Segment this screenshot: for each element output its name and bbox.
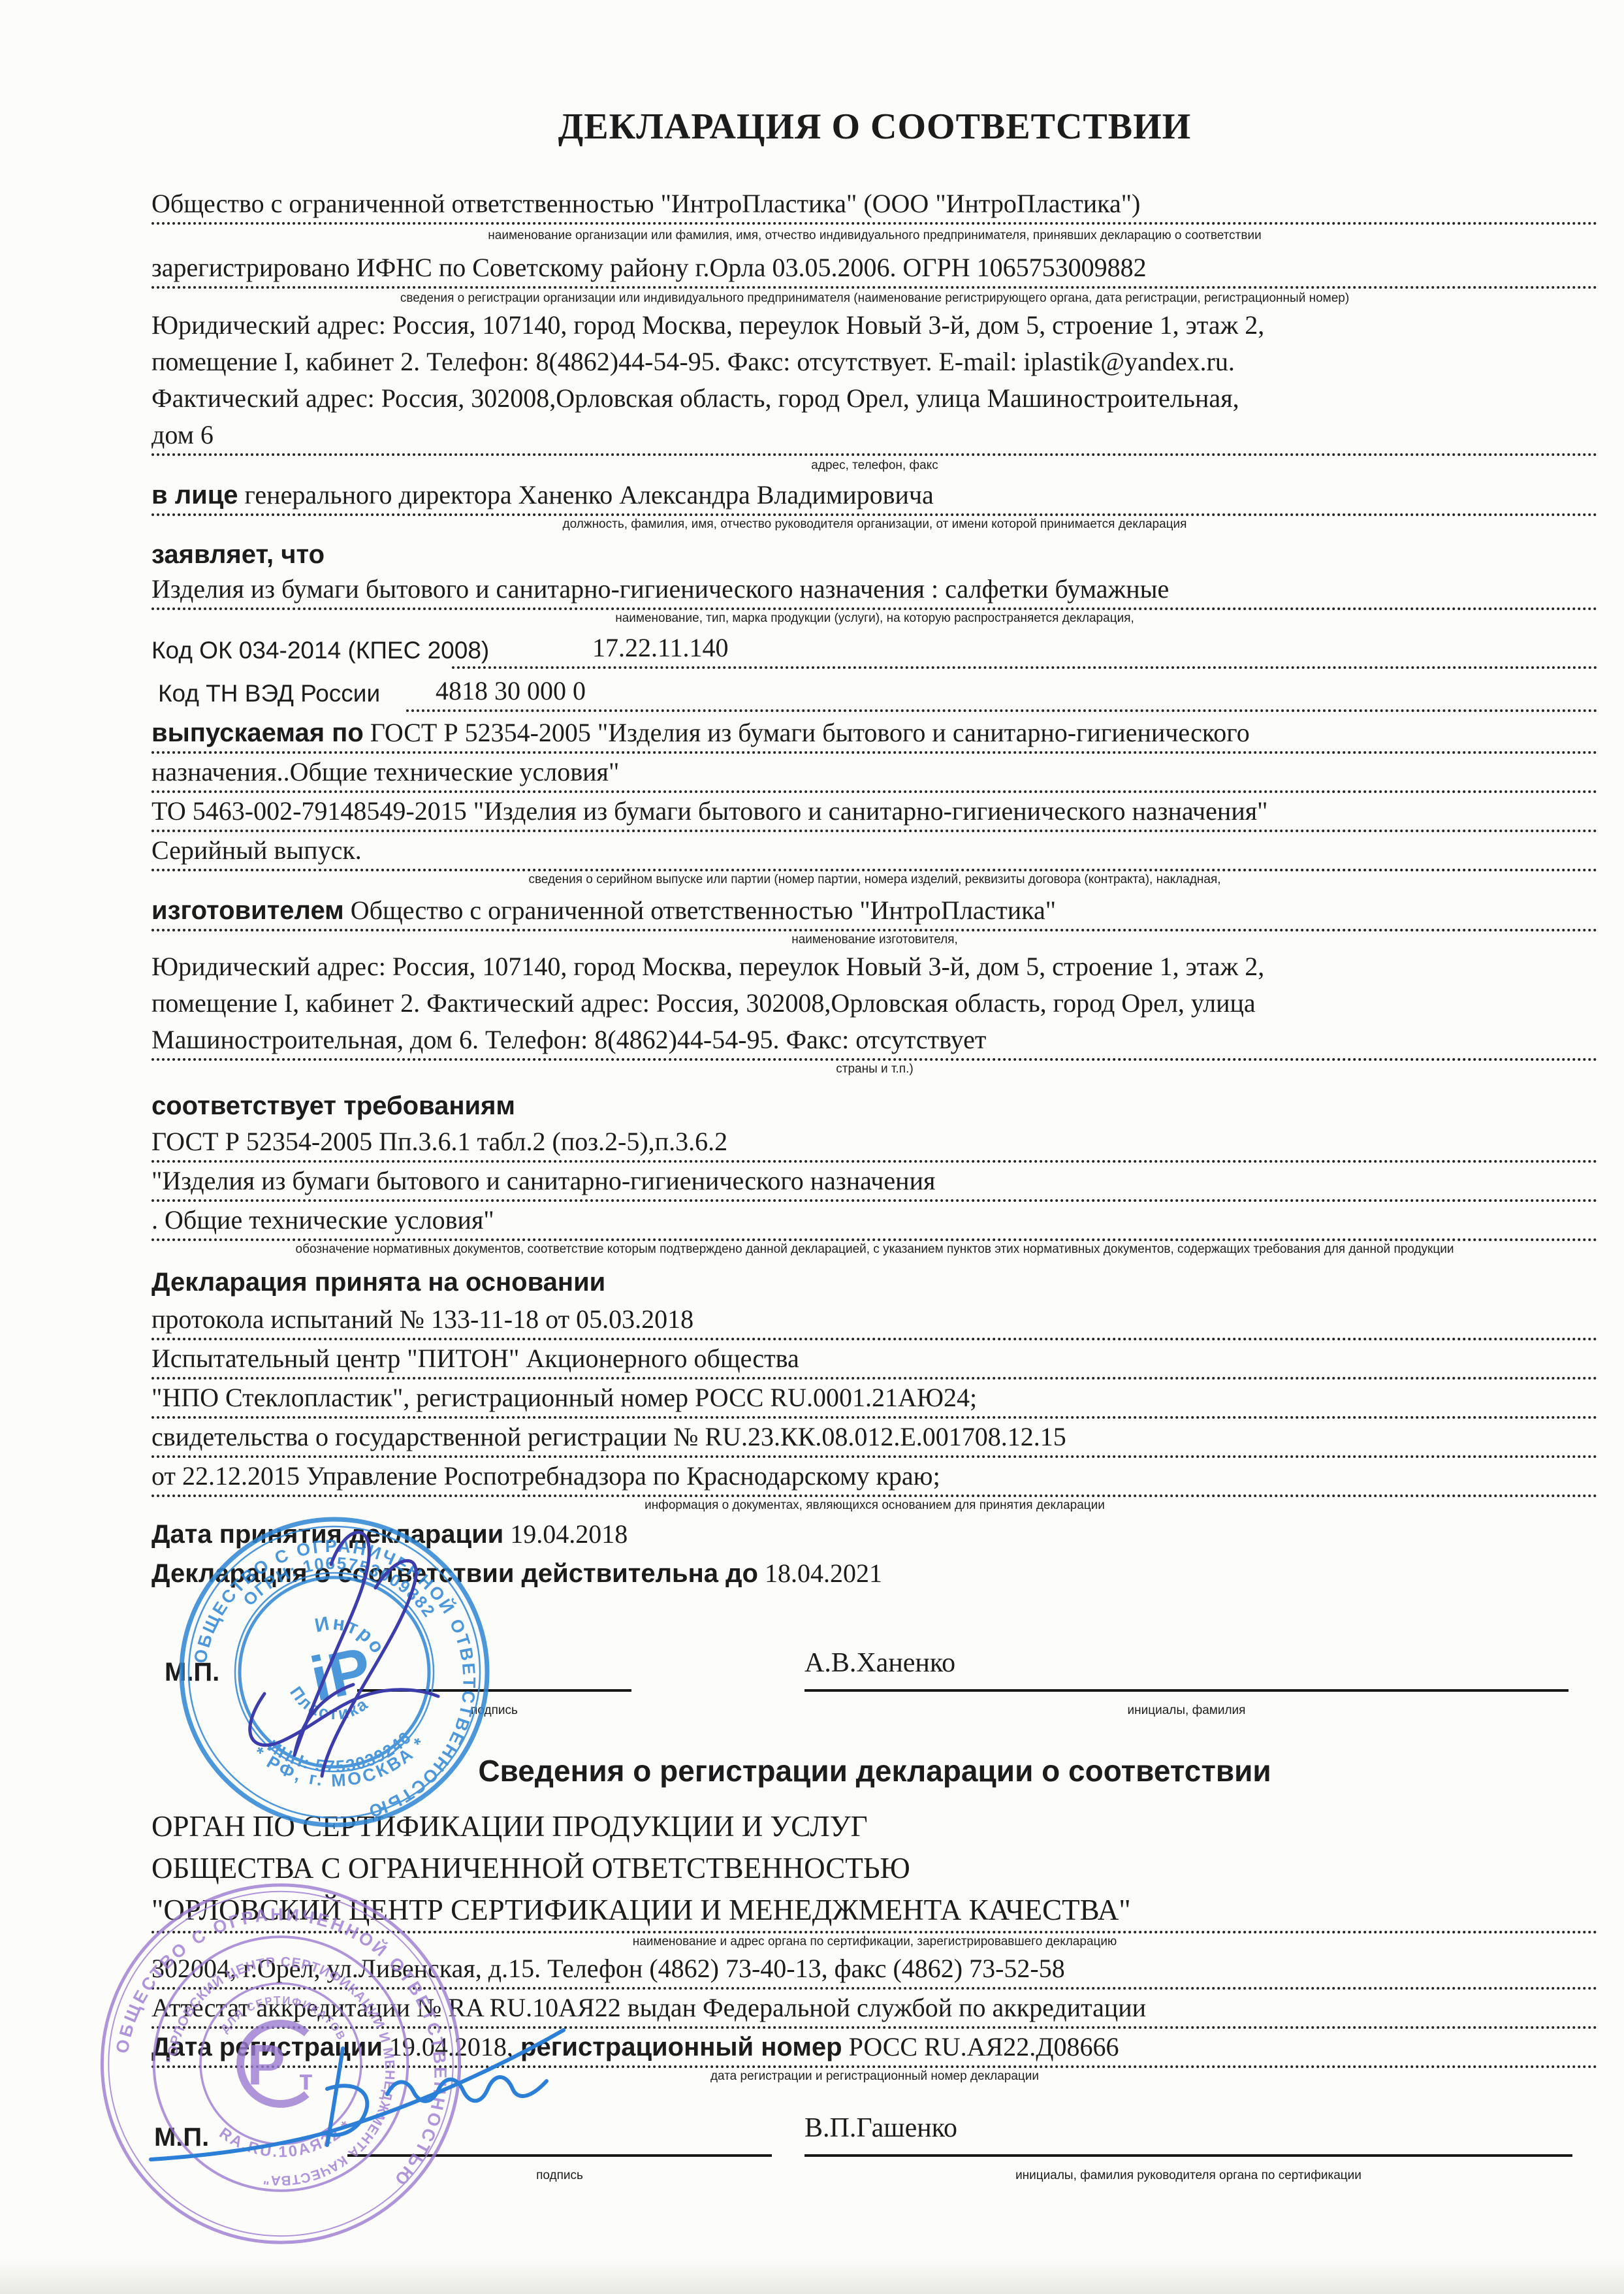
name-line-2 bbox=[804, 2154, 1572, 2157]
declares-heading: заявляет, что bbox=[151, 538, 1598, 571]
basis-line4: свидетельства о государственной регистра… bbox=[151, 1419, 1598, 1458]
basis-line5: от 22.12.2015 Управление Роспотребнадзор… bbox=[151, 1458, 1598, 1497]
in-person-value: генерального директора Ханенко Александр… bbox=[238, 480, 934, 509]
serial-caption: сведения о серийном выпуске или партии (… bbox=[151, 871, 1598, 888]
declarant-name-line: Общество с ограниченной ответственностью… bbox=[151, 186, 1598, 225]
name-caption-2: инициалы, фамилия руководителя органа по… bbox=[804, 2169, 1572, 2183]
reg-date-label: Дата регистрации bbox=[151, 2033, 383, 2061]
declaration-document-page: ДЕКЛАРАЦИЯ О СООТВЕТСТВИИ Общество с огр… bbox=[0, 0, 1624, 2294]
manufacturer-label: изготовителем bbox=[151, 896, 344, 925]
product-name-caption: наименование, тип, марка продукции (услу… bbox=[151, 610, 1598, 627]
manufacturer-address3: Машиностроительная, дом 6. Телефон: 8(48… bbox=[151, 1022, 1598, 1061]
issued-line1: выпускаемая по ГОСТ Р 52354-2005 "Издели… bbox=[151, 715, 1598, 754]
issued-line1-rest: ГОСТ Р 52354-2005 "Изделия из бумаги быт… bbox=[364, 718, 1250, 747]
signature-block-certbody: М.П. В.П.Гашенко подпись инициалы, фамил… bbox=[151, 2085, 1598, 2242]
ok-code-row: Код ОК 034-2014 (КПЕС 2008) 17.22.11.140 bbox=[151, 630, 1598, 669]
adoption-date-label: Дата принятия декларации bbox=[151, 1520, 503, 1549]
adoption-date-value: 19.04.2018 bbox=[503, 1519, 628, 1549]
manufacturer-caption: наименование изготовителя, bbox=[151, 931, 1598, 948]
signature-caption-1: подпись bbox=[357, 1704, 631, 1718]
signer-name-1: А.В.Ханенко bbox=[804, 1647, 955, 1679]
signature-block-declarant: М.П. А.В.Ханенко подпись инициалы, фамил… bbox=[151, 1590, 1598, 1753]
signature-caption-2: подпись bbox=[347, 2169, 772, 2183]
conformity-line1: ГОСТ Р 52354-2005 Пп.3.6.1 табл.2 (поз.2… bbox=[151, 1123, 1598, 1163]
declarant-address-line1: Юридический адрес: Россия, 107140, город… bbox=[151, 307, 1598, 344]
tn-ved-row: Код ТН ВЭД России 4818 30 000 0 bbox=[151, 673, 1598, 712]
declarant-registration-caption: сведения о регистрации организации или и… bbox=[151, 290, 1598, 307]
in-person-label: в лице bbox=[151, 481, 238, 509]
ok-code-label: Код ОК 034-2014 (КПЕС 2008) bbox=[151, 632, 452, 669]
document-title: ДЕКЛАРАЦИЯ О СООТВЕТСТВИИ bbox=[151, 106, 1598, 148]
declarant-address-caption: адрес, телефон, факс bbox=[151, 457, 1598, 474]
declarant-registration-line: зарегистрировано ИФНС по Советскому райо… bbox=[151, 250, 1598, 289]
basis-line1: протокола испытаний № 133-11-18 от 05.03… bbox=[151, 1301, 1598, 1340]
cert-body-line1: ОРГАН ПО СЕРТИФИКАЦИИ ПРОДУКЦИИ И УСЛУГ bbox=[151, 1805, 1598, 1847]
issued-label: выпускаемая по bbox=[151, 719, 364, 747]
conformity-line3: . Общие технические условия" bbox=[151, 1202, 1598, 1241]
reg-num-label: регистрационный номер bbox=[513, 2033, 842, 2061]
declarant-address-line2: помещение I, кабинет 2. Телефон: 8(4862)… bbox=[151, 344, 1598, 380]
scan-edge-shadow bbox=[0, 2260, 1624, 2294]
conformity-caption: обозначение нормативных документов, соот… bbox=[151, 1241, 1598, 1258]
registration-date-caption: дата регистрации и регистрационный номер… bbox=[151, 2068, 1598, 2085]
tn-ved-label: Код ТН ВЭД России bbox=[151, 675, 406, 712]
product-name-line: Изделия из бумаги бытового и санитарно-г… bbox=[151, 571, 1598, 610]
mp-mark-2: М.П. bbox=[154, 2123, 209, 2152]
valid-until-line: Декларация о соответствии действительна … bbox=[151, 1557, 1598, 1590]
cert-address-line: 302004, г.Орел, ул.Ливенская, д.15. Теле… bbox=[151, 1950, 1598, 1990]
cert-body-line2: ОБЩЕСТВА С ОГРАНИЧЕННОЙ ОТВЕТСТВЕННОСТЬЮ bbox=[151, 1847, 1598, 1889]
declarant-address-line3: Фактический адрес: Россия, 302008,Орловс… bbox=[151, 380, 1598, 417]
manufacturer-address1: Юридический адрес: Россия, 107140, город… bbox=[151, 948, 1598, 985]
registration-section-heading: Сведения о регистрации декларации о соот… bbox=[151, 1753, 1598, 1788]
conformity-heading: соответствует требованиям bbox=[151, 1090, 1598, 1122]
reg-date-value: 19.04.2018, bbox=[383, 2032, 513, 2061]
basis-line2: Испытательный центр "ПИТОН" Акционерного… bbox=[151, 1340, 1598, 1380]
issued-line2: назначения..Общие технические условия" bbox=[151, 754, 1598, 793]
name-caption-1: инициалы, фамилия bbox=[804, 1704, 1568, 1718]
basis-line3: "НПО Стеклопластик", регистрационный ном… bbox=[151, 1380, 1598, 1419]
declarant-name-caption: наименование организации или фамилия, им… bbox=[151, 227, 1598, 244]
signature-line-1 bbox=[357, 1689, 631, 1692]
ok-code-value: 17.22.11.140 bbox=[452, 630, 1598, 669]
valid-until-value: 18.04.2021 bbox=[758, 1559, 882, 1588]
in-person-line: в лице генерального директора Ханенко Ал… bbox=[151, 477, 1598, 516]
signer-name-2: В.П.Гашенко bbox=[804, 2112, 957, 2144]
name-line-1 bbox=[804, 1689, 1568, 1692]
valid-until-label: Декларация о соответствии действительна … bbox=[151, 1559, 758, 1588]
basis-heading: Декларация принята на основании bbox=[151, 1266, 1598, 1299]
mp-mark-1: М.П. bbox=[165, 1658, 219, 1687]
issued-line3: ТО 5463-002-79148549-2015 "Изделия из бу… bbox=[151, 793, 1598, 832]
tn-ved-value: 4818 30 000 0 bbox=[406, 673, 1598, 712]
registration-date-line: Дата регистрации 19.04.2018, регистрацио… bbox=[151, 2029, 1598, 2068]
cert-body-line3: "ОРЛОВСКИЙ ЦЕНТР СЕРТИФИКАЦИИ И МЕНЕДЖМЕ… bbox=[151, 1889, 1598, 1933]
manufacturer-address2: помещение I, кабинет 2. Фактический адре… bbox=[151, 985, 1598, 1022]
document-content: ДЕКЛАРАЦИЯ О СООТВЕТСТВИИ Общество с огр… bbox=[0, 106, 1624, 2242]
declarant-address-line4: дом 6 bbox=[151, 417, 1598, 456]
manufacturer-line: изготовителем Общество с ограниченной от… bbox=[151, 892, 1598, 931]
manufacturer-value: Общество с ограниченной ответственностью… bbox=[344, 896, 1056, 925]
cert-accreditation-line: Аттестат аккредитации № RA RU.10АЯ22 выд… bbox=[151, 1990, 1598, 2029]
signature-line-2 bbox=[347, 2154, 772, 2157]
serial-line: Серийный выпуск. bbox=[151, 832, 1598, 871]
adoption-date-line: Дата принятия декларации 19.04.2018 bbox=[151, 1518, 1598, 1551]
in-person-caption: должность, фамилия, имя, отчество руково… bbox=[151, 516, 1598, 533]
manufacturer-caption2: страны и т.п.) bbox=[151, 1061, 1598, 1078]
reg-num-value: РОСС RU.АЯ22.Д08666 bbox=[842, 2032, 1119, 2061]
basis-caption: информация о документах, являющихся осно… bbox=[151, 1497, 1598, 1514]
cert-body-caption: наименование и адрес органа по сертифика… bbox=[151, 1933, 1598, 1950]
conformity-line2: "Изделия из бумаги бытового и санитарно-… bbox=[151, 1163, 1598, 1202]
